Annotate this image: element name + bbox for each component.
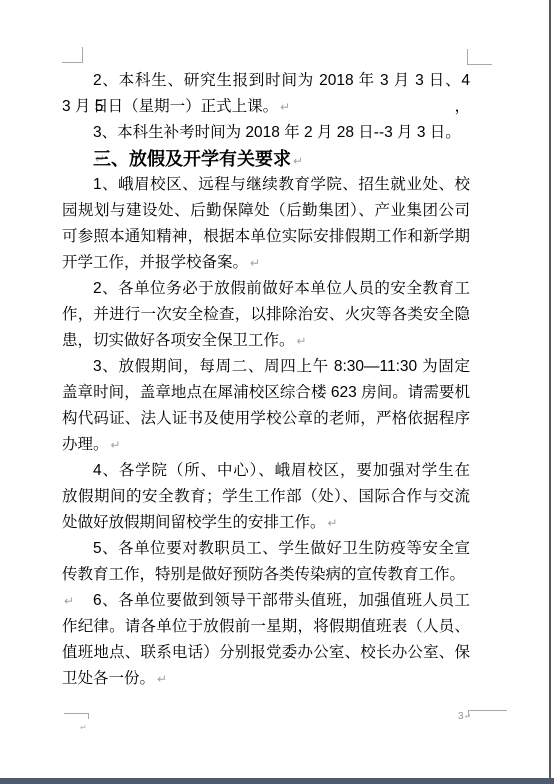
line-text: 处做好放假期间留校学生的安排工作。 — [62, 514, 326, 531]
page-number-value: 3 — [458, 711, 464, 722]
text-line[interactable]: 作纪律。请各单位于放假前一星期，将假期值班表（人员、 — [62, 614, 470, 640]
page-number: 3↵ — [458, 711, 471, 723]
line-text: 1、峨眉校区、远程与继续教育学院、招生就业处、校 — [93, 176, 470, 193]
text-line[interactable]: 值班地点、联系电话）分别报党委办公室、校长办公室、保 — [62, 640, 470, 666]
text-line[interactable]: 园规划与建设处、后勤保障处（后勤集团）、产业集团公司 — [62, 198, 470, 224]
bottom-window-bar — [0, 778, 554, 784]
text-line[interactable]: 3、放假期间，每周二、周四上午 8:30—11:30 为固定 — [62, 354, 470, 380]
line-text: 作，并进行一次安全检查，以排除治安、火灾等各类安全隐 — [62, 306, 470, 323]
document-page[interactable]: 2、本科生、研究生报到时间为 2018 年 3 月 3 日、4 日， 3 月 5… — [0, 0, 554, 784]
text-line[interactable]: 办理。↵ — [62, 432, 470, 458]
line-text: 可参照本通知精神，根据本单位实际安排假期工作和新学期 — [62, 228, 470, 245]
text-boundary-mark-bottom-left — [64, 713, 89, 719]
text-line[interactable]: 2、本科生、研究生报到时间为 2018 年 3 月 3 日、4 日， — [62, 68, 470, 94]
text-boundary-mark-bottom-right — [468, 710, 507, 716]
text-line[interactable]: 开学工作，并报学校备案。↵ — [62, 250, 470, 276]
line-text: 3、放假期间，每周二、周四上午 8:30—11:30 为固定 — [93, 358, 470, 375]
footer-paragraph-mark-icon: ↵ — [80, 723, 87, 733]
text-line[interactable]: 可参照本通知精神，根据本单位实际安排假期工作和新学期 — [62, 224, 470, 250]
paragraph-mark-icon: ↵ — [111, 438, 121, 452]
line-text: 三、放假及开学有关要求 — [93, 149, 291, 169]
text-line[interactable]: 1、峨眉校区、远程与继续教育学院、招生就业处、校 — [62, 172, 470, 198]
line-text: 3 月 5 日（星期一）正式上课。 — [62, 98, 278, 115]
text-line[interactable]: 传教育工作，特别是做好预防各类传染病的宣传教育工作。↵ — [62, 562, 470, 588]
line-text: 作纪律。请各单位于放假前一星期，将假期值班表（人员、 — [62, 618, 470, 635]
text-area[interactable]: 2、本科生、研究生报到时间为 2018 年 3 月 3 日、4 日， 3 月 5… — [62, 68, 470, 692]
line-text: 卫处各一份。 — [62, 670, 155, 687]
line-text: 传教育工作，特别是做好预防各类传染病的宣传教育工作。 — [62, 566, 465, 583]
line-text: 3、本科生补考时间为 2018 年 2 月 28 日--3 月 3 日。 — [93, 124, 461, 141]
text-line[interactable]: 4、各学院（所、中心）、峨眉校区，要加强对学生在 — [62, 458, 470, 484]
paragraph-mark-icon: ↵ — [280, 100, 290, 114]
text-line[interactable]: 处做好放假期间留校学生的安排工作。↵ — [62, 510, 470, 536]
heading-line[interactable]: 三、放假及开学有关要求↵ — [62, 146, 470, 172]
text-line[interactable]: 3、本科生补考时间为 2018 年 2 月 28 日--3 月 3 日。↵ — [62, 120, 470, 146]
line-text: 4、各学院（所、中心）、峨眉校区，要加强对学生在 — [93, 462, 470, 479]
paragraph-mark-icon: ↵ — [465, 712, 472, 721]
line-text: 患，切实做好各项安全保卫工作。 — [62, 332, 295, 349]
paragraph-mark-icon: ↵ — [297, 334, 307, 348]
text-line[interactable]: 构代码证、法人证书及使用学校公章的老师，严格依据程序 — [62, 406, 470, 432]
text-line[interactable]: 作，并进行一次安全检查，以排除治安、火灾等各类安全隐 — [62, 302, 470, 328]
text-line[interactable]: 卫处各一份。↵ — [62, 666, 470, 692]
paragraph-mark-icon: ↵ — [157, 672, 167, 686]
line-text: 6、各单位要做到领导干部带头值班，加强值班人员工 — [93, 592, 470, 609]
paragraph-mark-icon: ↵ — [293, 154, 303, 168]
line-text: 5、各单位要对教职员工、学生做好卫生防疫等安全宣 — [93, 540, 470, 557]
text-line[interactable]: 6、各单位要做到领导干部带头值班，加强值班人员工 — [62, 588, 470, 614]
line-text: 园规划与建设处、后勤保障处（后勤集团）、产业集团公司 — [62, 202, 470, 219]
line-text: 构代码证、法人证书及使用学校公章的老师，严格依据程序 — [62, 410, 470, 427]
line-text: 值班地点、联系电话）分别报党委办公室、校长办公室、保 — [62, 644, 470, 661]
line-text: 办理。 — [62, 436, 109, 453]
line-text: 开学工作，并报学校备案。 — [62, 254, 248, 271]
paragraph-mark-icon: ↵ — [250, 256, 260, 270]
text-boundary-mark-top-right — [467, 49, 492, 65]
page-edge-line — [549, 0, 551, 778]
text-line[interactable]: 患，切实做好各项安全保卫工作。↵ — [62, 328, 470, 354]
paragraph-mark-icon: ↵ — [328, 516, 338, 530]
text-boundary-mark-top-left — [62, 47, 83, 63]
line-text: 2、各单位务必于放假前做好本单位人员的安全教育工 — [93, 280, 470, 297]
line-text: 放假期间的安全教育；学生工作部（处）、国际合作与交流 — [62, 488, 470, 505]
text-line[interactable]: 5、各单位要对教职员工、学生做好卫生防疫等安全宣 — [62, 536, 470, 562]
paragraph-mark-icon: ↵ — [64, 594, 74, 608]
line-text: 盖章时间，盖章地点在犀浦校区综合楼 623 房间。请需要机 — [62, 384, 470, 401]
text-line[interactable]: 2、各单位务必于放假前做好本单位人员的安全教育工 — [62, 276, 470, 302]
text-line[interactable]: 盖章时间，盖章地点在犀浦校区综合楼 623 房间。请需要机 — [62, 380, 470, 406]
text-line[interactable]: 放假期间的安全教育；学生工作部（处）、国际合作与交流 — [62, 484, 470, 510]
